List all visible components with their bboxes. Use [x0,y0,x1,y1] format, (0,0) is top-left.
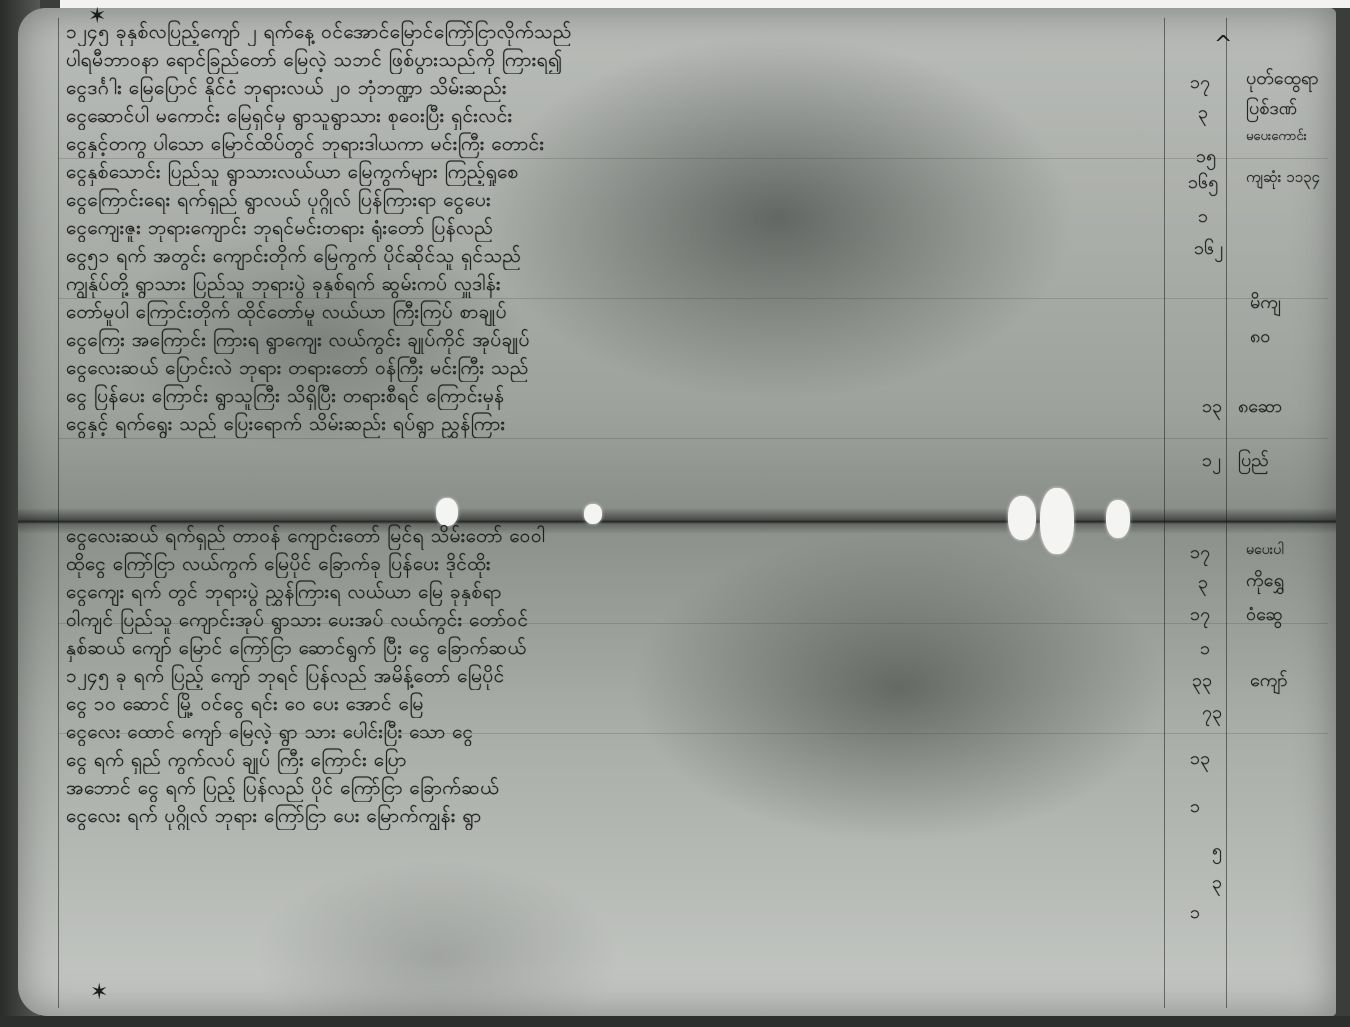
lower-text-block: ငွေလေးဆယ် ရက်ရှည် တာဝန် ကျောင်းတော် မြင်… [66,522,1176,830]
margin-note: ပြည် [1238,448,1269,475]
margin-number: ၃ [1212,870,1222,897]
margin-note: ၈ဆော [1238,394,1282,421]
margin-number: ၁ [1200,636,1210,663]
corner-mark-top-right: ^ [1214,32,1232,57]
ruling-line [58,438,1328,439]
margin-note: ကျော် [1250,668,1288,695]
upper-text-block: ၁၂၄၅ ခုနှစ်လပြည့်ကျော် ၂ ရက်နေ့ ဝင်အောင်… [66,18,1176,438]
margin-number: ၁၇ [1190,602,1210,629]
text-line: ကျွန်ုပ်တို့ ရွာသား ပြည်သူ ဘုရားပွဲ ခုနှ… [66,270,1176,298]
manuscript-page: ✶ ✶ ^ ၁၂၄၅ ခုနှစ်လပြည့်ကျော် ၂ ရက်နေ့ ဝင… [18,8,1336,1016]
margin-note: မပေးပါ [1246,540,1284,561]
text-line: ငွေဒင်္ဂါး မြေပြောင် နိုင်ငံ ဘုရားလယ် ၂၀… [66,74,1176,102]
text-line: ငွေ၅၁ ရက် အတွင်း ကျောင်းတိုက် မြေကွက် ပိ… [66,242,1176,270]
text-line: ငွေလေးဆယ် ရက်ရှည် တာဝန် ကျောင်းတော် မြင်… [66,522,1176,550]
margin-number: ၁၃ [1190,746,1210,773]
text-line: ငွေလေးဆယ် ပြောင်းလဲ ဘုရား တရားတော် ဝန်ကြ… [66,354,1176,382]
text-line: ငွေနှင့်တကွ ပါသော မြောင်ထိပ်တွင် ဘုရားဒါ… [66,130,1176,158]
margin-note: မိကျ [1250,290,1281,317]
text-line: တော်မူပါ ကြောင်းတိုက် ထိုင်တော်မူ လယ်ယာ … [66,298,1176,326]
text-line: ငွေနှစ်သောင်း ပြည်သူ ရွာသားလယ်ယာ မြေကွက်… [66,158,1176,186]
margin-number: ၁ [1190,794,1200,821]
text-line: ၁၂၄၅ ခု ရက် ပြည့် ကျော် ဘုရင် ပြန်လည် အမ… [66,662,1176,690]
text-line: ငွေလေး ထောင် ကျော် မြေလဲ့ ရွာ သား ပေါင်း… [66,718,1176,746]
background-top-strip [60,0,1350,8]
text-line: ဝါကျင် ပြည်သူ ကျောင်းအုပ် ရွာသား ပေးအပ် … [66,606,1176,634]
margin-number: ၁ [1190,900,1200,927]
margin-number: ၁၂ [1202,448,1221,475]
text-line: ငွေကျေး ရက် တွင် ဘုရားပွဲ ညွှန်ကြားရ လယ်… [66,578,1176,606]
text-line: အဘောင် ငွေ ရက် ပြည့် ပြန်လည် ပိုင် ကြော်… [66,774,1176,802]
margin-number: ၁၅ [1196,144,1216,171]
text-line: ငွေ ပြန်ပေး ကြောင်း ရွာသူကြီး သိရှိပြီး … [66,382,1176,410]
margin-number: ၃ [1198,100,1208,127]
margin-number: ၇၃ [1202,700,1222,727]
margin-number: ၁၆၅ [1188,170,1218,197]
margin-number: ၁၃ [1202,394,1222,421]
text-line: ငွေကြောင်းရေး ရက်ရှည် ရွာလယ် ပုဂ္ဂိုလ် ပ… [66,186,1176,214]
paper-hole [584,504,602,524]
margin-number: ၃၃ [1192,668,1212,695]
text-line: ငွေဆောင်ပါ မကောင်း မြေရှင်မှ ရွာသူရွာသား… [66,102,1176,130]
margin-note: မပေးကောင်း [1246,128,1307,147]
text-line: ငွေ ၁၀ ဆောင် မြို့ ဝင်ငွေ ရင်း ဝေ ပေး အေ… [66,690,1176,718]
margin-note: ပုတ်ထွေရာ [1246,66,1319,93]
text-line: ငွေကျေးဇူး ဘုရားကျောင်း ဘုရင်မင်းတရား ရု… [66,214,1176,242]
text-line: ငွေကြေး အကြောင်း ကြားရ ရွာကျေး လယ်ကွင်း … [66,326,1176,354]
margin-number: ၁၇ [1190,70,1210,97]
corner-mark-bottom-left: ✶ [90,980,108,1005]
background-bottom-strip [0,1016,1350,1027]
margin-number: ၅ [1212,838,1222,865]
text-line: ငွေလေး ရက် ပုဂ္ဂိုလ် ဘုရား ကြော်ငြာ ပေး … [66,802,1176,830]
margin-note: ဝံဆွေ [1246,602,1283,629]
margin-note: ကိုရွှေ [1246,568,1284,595]
text-line: ငွေ ရက် ရှည် ကွက်လပ် ချုပ် ကြီး ကြောင်း … [66,746,1176,774]
margin-number: ၁၇ [1190,540,1210,567]
margin-note: ကျဆုံး ၁၁၃၄ [1246,168,1320,190]
margin-note: ၈၀ [1250,324,1270,351]
margin-number: ၁ [1198,204,1208,231]
text-line: ၁၂၄၅ ခုနှစ်လပြည့်ကျော် ၂ ရက်နေ့ ဝင်အောင်… [66,18,1176,46]
margin-number: ၁၆၂ [1194,236,1223,263]
text-line: ထိုငွေ ကြော်ငြာ လယ်ကွက် မြေပိုင် ခြောက်ခ… [66,550,1176,578]
text-line: ငွေနှင့် ရက်ရွေး သည် ပြေးရောက် သိမ်းဆည်း… [66,410,1176,438]
margin-note: ပြစ်ဒဏ် [1246,96,1297,123]
margin-number: ၃ [1198,570,1208,597]
text-line: နှစ်ဆယ် ကျော် မြောင် ကြော်ငြာ ဆောင်ရွက် … [66,634,1176,662]
text-line: ပါရမီဘာဝနာ ရောင်ခြည်တော် မြေလဲ့ သဘင် ဖြစ… [66,46,1176,74]
